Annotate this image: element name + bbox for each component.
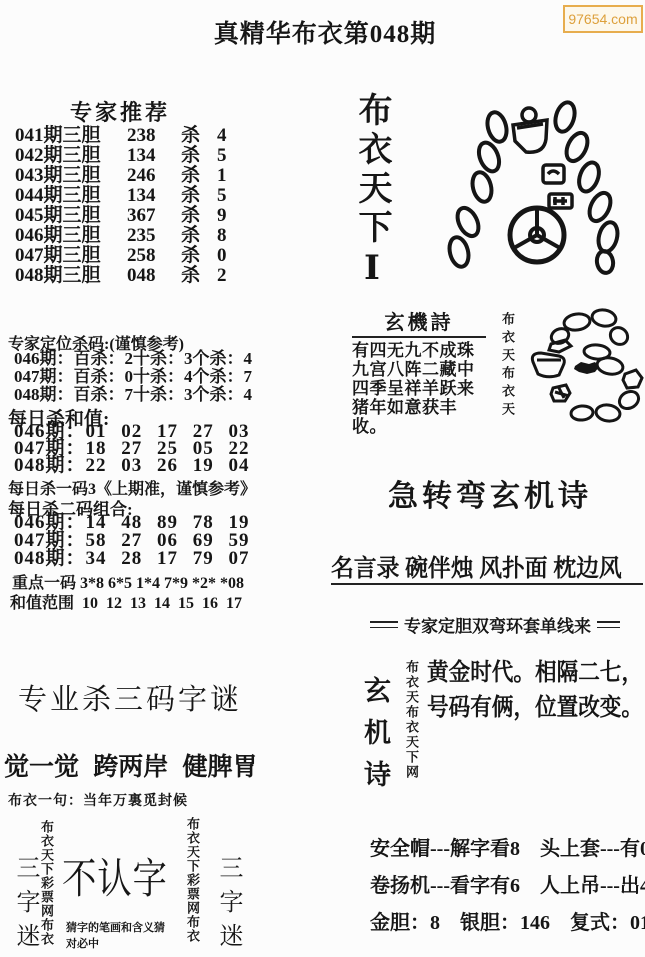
row-kill-label: 杀: [181, 126, 217, 146]
table-row: 046期三胆235杀8: [15, 226, 235, 246]
poem-line: 号码有俩，位置改变。: [427, 691, 643, 726]
watermark-text: 97654.com: [568, 11, 637, 27]
expert-banner-text: 专家定胆双弯环套单线来: [404, 612, 591, 637]
riddle-caption: 猜字的笔画和含义猜 对必中: [66, 920, 165, 952]
double-line-decor-left: [370, 621, 398, 628]
poem-line: 猪年如意获丰收。: [352, 398, 486, 436]
row-kill-label: 杀: [181, 146, 217, 166]
poem-line: 九宫八阵二藏中: [352, 360, 486, 379]
three-code-riddle-title: 专业杀三码字谜: [18, 677, 242, 718]
poem-line: 黄金时代。相隔二七，: [427, 656, 643, 691]
row-kill-value: 5: [217, 186, 235, 206]
sum-range-line: 和值范围 10 12 13 14 15 16 17: [10, 590, 242, 613]
bottom-right-picks: 安全帽---解字看8 头上套---有0防9 卷扬机---看字有6 人上吊---出…: [370, 831, 645, 942]
list-item: 046期：百杀：2十杀：3个杀：4: [14, 350, 252, 368]
double-line-decor-right: [597, 621, 620, 628]
row-number: 134: [127, 146, 181, 166]
site-vertical-text-left: 布衣天下彩票网布衣: [37, 820, 56, 957]
row-number: 235: [127, 226, 181, 246]
buyi-tianxia-vertical-title: 布衣天下Ⅰ: [347, 92, 396, 293]
poem-line: 有四无九不成珠: [352, 341, 486, 360]
row-kill-value: 0: [217, 246, 235, 266]
row-number: 238: [127, 126, 181, 146]
table-row: 043期三胆246杀1: [15, 166, 235, 186]
daily-sum-kill-rows: 046期：01 02 17 27 03 047期：18 27 25 05 22 …: [14, 423, 250, 474]
table-row: 044期三胆134杀5: [15, 186, 235, 206]
row-period: 045期三胆: [15, 206, 127, 226]
list-item: 048期：34 28 17 79 07: [14, 550, 250, 568]
xuanji2-vertical-title: 玄机诗: [356, 676, 395, 802]
row-kill-value: 1: [217, 166, 235, 186]
xuanji-poem-box: 玄機詩 有四无九不成珠 九宫八阵二藏中 四季呈祥羊跃来 猪年如意获丰收。: [352, 306, 486, 436]
sharp-turn-riddle-line: 名言录 碗伴烛 风扑面 枕边风: [331, 548, 622, 583]
expert-banner: 专家定胆双弯环套单线来: [358, 612, 632, 637]
row-kill-label: 杀: [181, 166, 217, 186]
riddle-answer-text: 不认字: [62, 846, 168, 906]
row-period: 044期三胆: [15, 186, 127, 206]
sum-range-value: 10 12 13 14 15 16 17: [82, 595, 242, 612]
page-title: 真精华布衣第048期: [175, 14, 475, 50]
stone-cluster-doodle: [525, 300, 645, 440]
row-period: 046期三胆: [15, 226, 127, 246]
row-kill-value: 8: [217, 226, 235, 246]
watermark-badge: 97654.com: [563, 5, 643, 33]
pick-line: 卷扬机---看字有6 人上吊---出4配1: [370, 868, 645, 905]
row-kill-label: 杀: [181, 246, 217, 266]
pick-line: 金胆：8 银胆：146 复式：01468（9）: [370, 905, 645, 942]
sum-range-label: 和值范围: [10, 595, 74, 612]
row-kill-label: 杀: [181, 206, 217, 226]
three-code-riddle-line: 觉一觉 跨两岸 健脾胃: [4, 747, 258, 783]
sharp-turn-underline: [331, 583, 643, 585]
row-period: 042期三胆: [15, 146, 127, 166]
row-period: 048期三胆: [15, 266, 127, 286]
daily-two-kill-rows: 046期：14 48 89 78 19 047期：58 27 06 69 59 …: [14, 514, 250, 568]
table-row: 045期三胆367杀9: [15, 206, 235, 226]
expert-recommend-table: 041期三胆238杀4 042期三胆134杀5 043期三胆246杀1 044期…: [15, 126, 235, 286]
row-number: 258: [127, 246, 181, 266]
row-period: 043期三胆: [15, 166, 127, 186]
stone-cluster-doodle-graphic: [525, 300, 645, 435]
list-item: 048期：百杀：7十杀：3个杀：4: [14, 386, 252, 404]
riddle-caption-line1: 猜字的笔画和含义猜: [66, 920, 165, 936]
table-row: 042期三胆134杀5: [15, 146, 235, 166]
row-kill-value: 5: [217, 146, 235, 166]
row-number: 048: [127, 266, 181, 286]
sharp-turn-title: 急转弯玄机诗: [340, 471, 640, 515]
row-number: 367: [127, 206, 181, 226]
row-kill-value: 9: [217, 206, 235, 226]
three-char-riddle-label-right: 三字迷: [211, 855, 246, 957]
xuanji2-site-vertical-text: 布衣天布衣天下网: [402, 660, 421, 780]
lottery-sheet-page: 真精华布衣第048期 97654.com 专家推荐 041期三胆238杀4 04…: [0, 0, 645, 957]
row-period: 047期三胆: [15, 246, 127, 266]
xuanji-side-vertical-text: 布衣天布衣天: [498, 312, 517, 420]
expert-recommend-title: 专家推荐: [70, 96, 170, 127]
row-kill-value: 2: [217, 266, 235, 286]
row-kill-value: 4: [217, 126, 235, 146]
table-row: 047期三胆258杀0: [15, 246, 235, 266]
pick-line: 安全帽---解字看8 头上套---有0防9: [370, 831, 645, 868]
riddle-caption-line2: 对必中: [66, 936, 165, 952]
ring-chain-doodle: [425, 95, 620, 280]
row-number: 246: [127, 166, 181, 186]
row-kill-label: 杀: [181, 186, 217, 206]
row-period: 041期三胆: [15, 126, 127, 146]
buyi-sentence: 布衣一句：当年万裏觅封候: [8, 790, 188, 810]
table-row: 048期三胆048杀2: [15, 266, 235, 286]
poem-line: 四季呈祥羊跃来: [352, 379, 486, 398]
table-row: 041期三胆238杀4: [15, 126, 235, 146]
xuanji-poem-lines: 有四无九不成珠 九宫八阵二藏中 四季呈祥羊跃来 猪年如意获丰收。: [352, 341, 486, 436]
row-kill-label: 杀: [181, 226, 217, 246]
list-item: 048期：22 03 26 19 04: [14, 457, 250, 474]
row-kill-label: 杀: [181, 266, 217, 286]
ring-chain-doodle-graphic: [425, 95, 620, 275]
site-vertical-text-right: 布衣天下彩票网布衣: [183, 817, 202, 957]
list-item: 047期：百杀：0十杀：4个杀：7: [14, 368, 252, 386]
position-kill-rows: 046期：百杀：2十杀：3个杀：4 047期：百杀：0十杀：4个杀：7 048期…: [14, 350, 252, 404]
xuanji2-poem: 黄金时代。相隔二七， 号码有俩，位置改变。: [427, 656, 645, 726]
row-number: 134: [127, 186, 181, 206]
xuanji-poem-title: 玄機詩: [352, 306, 486, 338]
